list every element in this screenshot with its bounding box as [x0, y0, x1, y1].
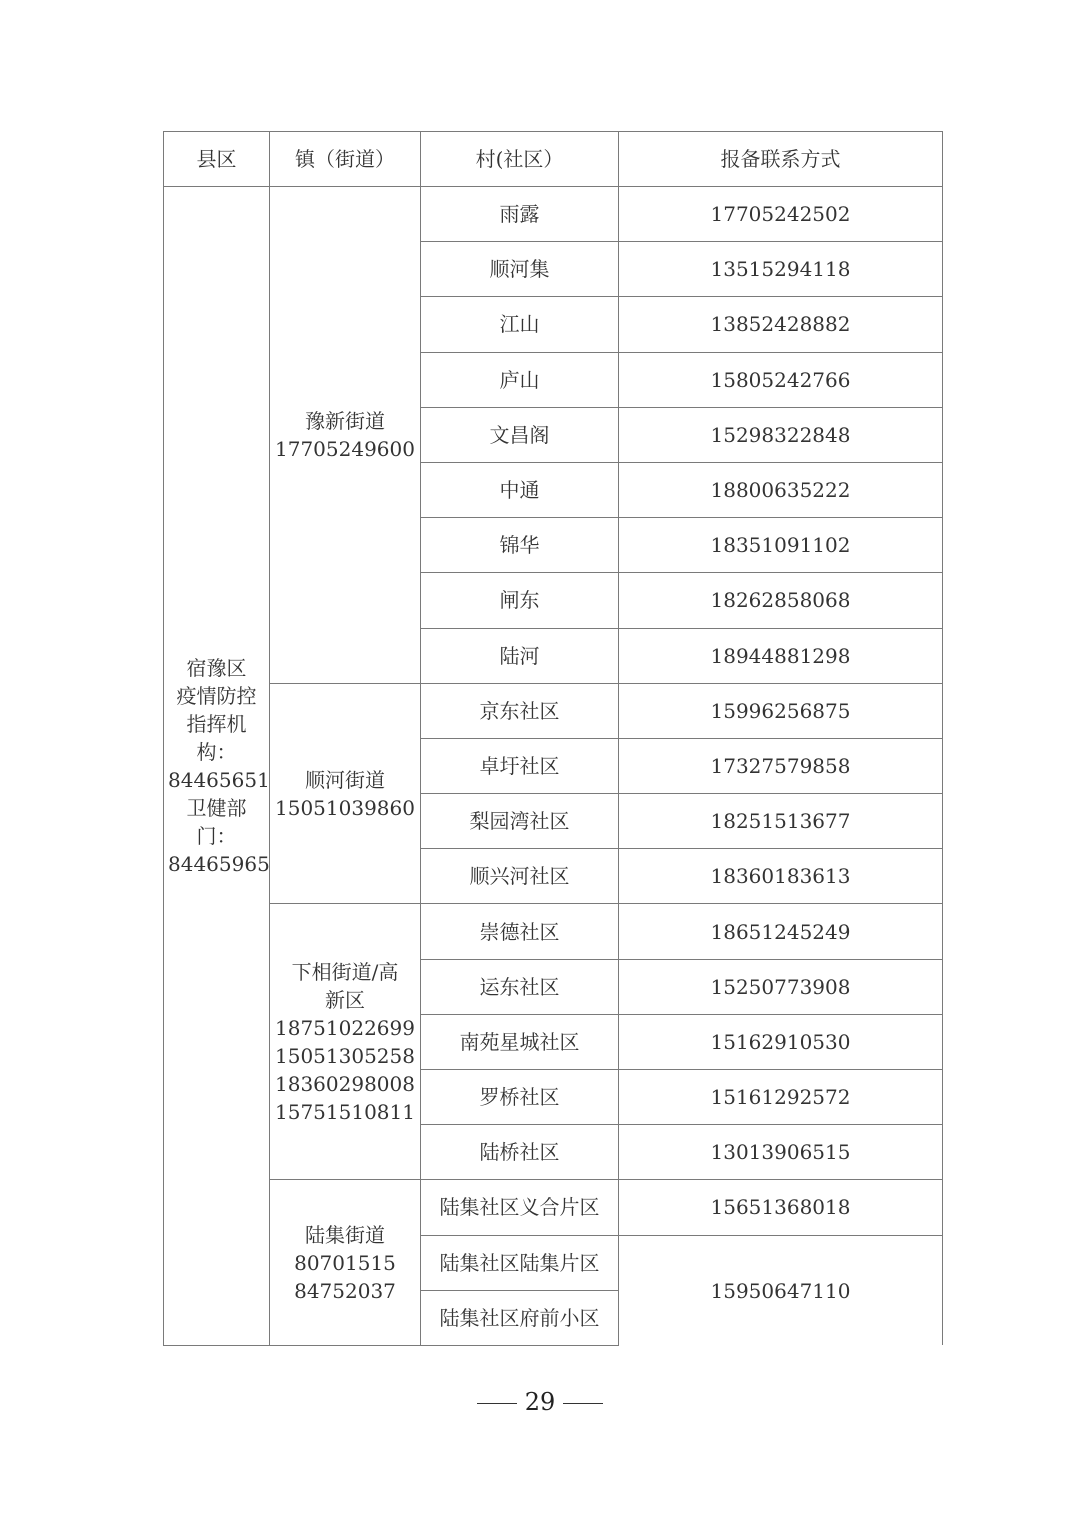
contact-table: 县区 镇（街道） 村(社区） 报备联系方式 宿豫区 疫情防控 指挥机 构： 84…	[163, 131, 943, 1346]
village-phone: 15950647110	[619, 1235, 943, 1345]
town-phone: 84752037	[274, 1277, 416, 1305]
town-phone: 18360298008	[274, 1070, 416, 1098]
town-name: 下相街道/高	[274, 958, 416, 986]
village-name: 崇德社区	[421, 904, 619, 959]
county-cell: 宿豫区 疫情防控 指挥机 构： 84465651 卫健部 门： 84465965	[164, 187, 270, 1346]
table-header-row: 县区 镇（街道） 村(社区） 报备联系方式	[164, 132, 943, 187]
village-name: 顺河集	[421, 242, 619, 297]
village-phone: 18351091102	[619, 518, 943, 573]
town-name: 新区	[274, 986, 416, 1014]
village-phone: 15250773908	[619, 959, 943, 1014]
page-number: 29	[0, 1388, 1080, 1416]
village-name: 庐山	[421, 352, 619, 407]
village-phone: 18944881298	[619, 628, 943, 683]
document-page: 县区 镇（街道） 村(社区） 报备联系方式 宿豫区 疫情防控 指挥机 构： 84…	[0, 0, 1080, 1527]
village-name: 顺兴河社区	[421, 849, 619, 904]
county-line: 84465965	[168, 850, 265, 878]
village-name: 雨露	[421, 187, 619, 242]
town-phone: 18751022699	[274, 1014, 416, 1042]
village-name: 陆桥社区	[421, 1125, 619, 1180]
town-cell: 豫新街道 17705249600	[270, 187, 421, 684]
village-name: 陆集社区陆集片区	[421, 1235, 619, 1290]
village-name: 锦华	[421, 518, 619, 573]
village-phone: 15805242766	[619, 352, 943, 407]
village-name: 京东社区	[421, 683, 619, 738]
county-line: 疫情防控	[168, 682, 265, 710]
village-name: 江山	[421, 297, 619, 352]
village-name: 中通	[421, 462, 619, 517]
county-line: 构：	[168, 738, 265, 766]
village-phone: 15162910530	[619, 1014, 943, 1069]
table-row: 下相街道/高 新区 18751022699 15051305258 183602…	[164, 904, 943, 959]
town-cell: 下相街道/高 新区 18751022699 15051305258 183602…	[270, 904, 421, 1180]
village-phone: 18262858068	[619, 573, 943, 628]
village-phone: 13852428882	[619, 297, 943, 352]
village-name: 运东社区	[421, 959, 619, 1014]
header-county: 县区	[164, 132, 270, 187]
county-line: 卫健部	[168, 794, 265, 822]
town-cell: 顺河街道 15051039860	[270, 683, 421, 904]
dash-decoration	[563, 1403, 603, 1405]
header-contact: 报备联系方式	[619, 132, 943, 187]
village-phone: 15996256875	[619, 683, 943, 738]
header-village: 村(社区）	[421, 132, 619, 187]
village-name: 卓圩社区	[421, 738, 619, 793]
village-phone: 15161292572	[619, 1070, 943, 1125]
village-phone: 18800635222	[619, 462, 943, 517]
village-phone: 13013906515	[619, 1125, 943, 1180]
table-row: 陆集街道 80701515 84752037 陆集社区义合片区 15651368…	[164, 1180, 943, 1235]
table-row: 宿豫区 疫情防控 指挥机 构： 84465651 卫健部 门： 84465965…	[164, 187, 943, 242]
village-name: 闸东	[421, 573, 619, 628]
village-name: 陆集社区府前小区	[421, 1290, 619, 1345]
village-name: 南苑星城社区	[421, 1014, 619, 1069]
town-phone: 15051039860	[274, 794, 416, 822]
town-name: 豫新街道	[274, 407, 416, 435]
village-phone: 18251513677	[619, 794, 943, 849]
town-phone: 17705249600	[274, 435, 416, 463]
header-town: 镇（街道）	[270, 132, 421, 187]
village-name: 陆集社区义合片区	[421, 1180, 619, 1235]
village-name: 梨园湾社区	[421, 794, 619, 849]
village-phone: 15651368018	[619, 1180, 943, 1235]
town-name: 陆集街道	[274, 1221, 416, 1249]
village-phone: 17705242502	[619, 187, 943, 242]
county-line: 84465651	[168, 766, 265, 794]
page-number-text: 29	[525, 1388, 556, 1416]
village-phone: 13515294118	[619, 242, 943, 297]
village-phone: 18651245249	[619, 904, 943, 959]
town-phone: 15051305258	[274, 1042, 416, 1070]
county-line: 门：	[168, 822, 265, 850]
county-line: 指挥机	[168, 710, 265, 738]
village-phone: 18360183613	[619, 849, 943, 904]
dash-decoration	[477, 1403, 517, 1405]
village-name: 罗桥社区	[421, 1070, 619, 1125]
county-line: 宿豫区	[168, 654, 265, 682]
town-phone: 80701515	[274, 1249, 416, 1277]
village-phone: 17327579858	[619, 738, 943, 793]
town-phone: 15751510811	[274, 1098, 416, 1126]
table-row: 顺河街道 15051039860 京东社区 15996256875	[164, 683, 943, 738]
village-name: 陆河	[421, 628, 619, 683]
town-cell: 陆集街道 80701515 84752037	[270, 1180, 421, 1346]
village-name: 文昌阁	[421, 407, 619, 462]
town-name: 顺河街道	[274, 766, 416, 794]
village-phone: 15298322848	[619, 407, 943, 462]
